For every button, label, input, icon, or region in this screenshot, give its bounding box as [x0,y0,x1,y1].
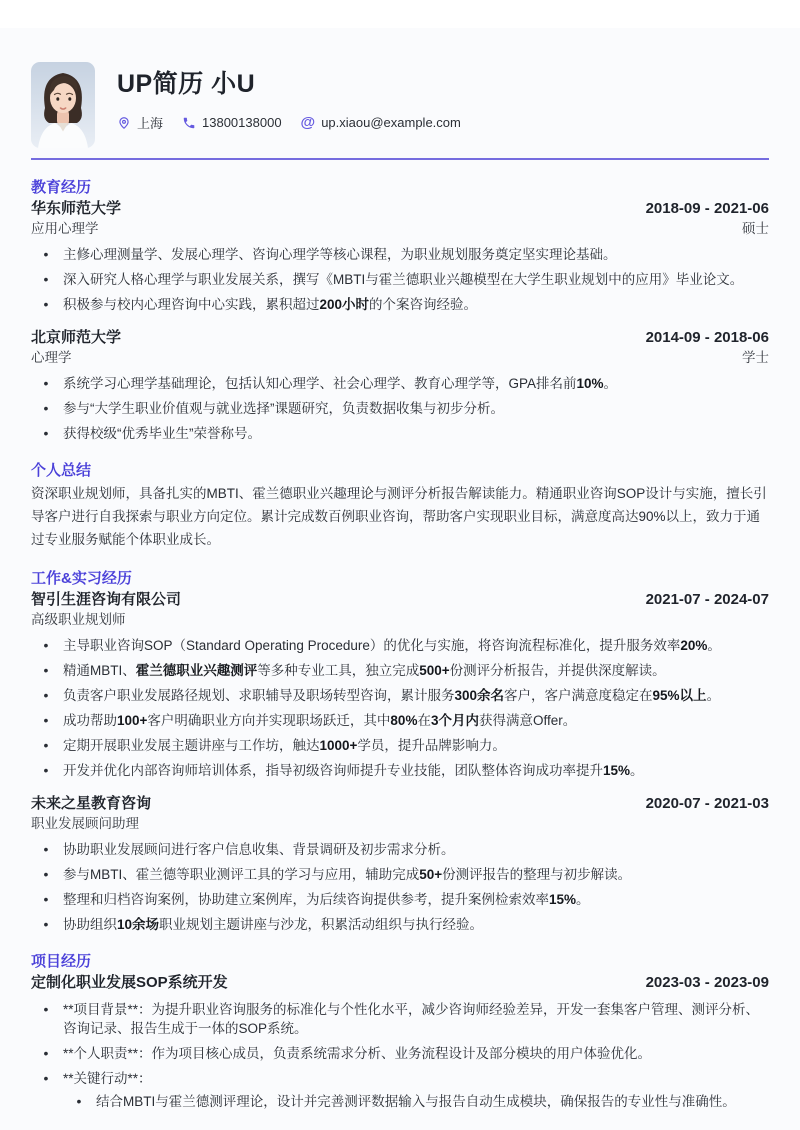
resume-page: UP简历 小U 上海 13800138000 @ up.xiaou@exam [0,28,800,1130]
school-name: 北京师范大学 [31,328,121,348]
entry-header: 华东师范大学 2018-09 - 2021-06 [31,199,769,219]
company-name: 智引生涯咨询有限公司 [31,590,181,610]
work-entry: 未来之星教育咨询 2020-07 - 2021-03 职业发展顾问助理 •协助职… [31,794,769,934]
bullet-text: 深入研究人格心理学与职业发展关系，撰写《MBTI与霍兰德职业兴趣模型在大学生职业… [63,270,769,289]
bullet-item: •负责客户职业发展路径规划、求职辅导及职场转型咨询，累计服务300余名客户，客户… [31,686,769,705]
bullet-marker: • [41,661,51,680]
date-range: 2014-09 - 2018-06 [646,328,769,348]
contact-phone-text: 13800138000 [202,115,282,130]
contact-row: 上海 13800138000 @ up.xiaou@example.com [117,113,461,132]
bullet-list: •主修心理测量学、发展心理学、咨询心理学等核心课程，为职业规划服务奠定坚实理论基… [31,245,769,314]
education-entry: 北京师范大学 2014-09 - 2018-06 心理学 学士 •系统学习心理学… [31,328,769,443]
bullet-text: 系统学习心理学基础理论，包括认知心理学、社会心理学、教育心理学等，GPA排名前1… [63,374,769,393]
candidate-name: UP简历 小U [117,69,461,100]
bullet-marker: • [41,761,51,780]
bullet-text: 参与MBTI、霍兰德等职业测评工具的学习与应用，辅助完成50+份测评报告的整理与… [63,865,769,884]
bullet-text: 参与“大学生职业价值观与就业选择”课题研究，负责数据收集与初步分析。 [63,399,769,418]
bullet-marker: • [41,865,51,884]
date-range: 2021-07 - 2024-07 [646,590,769,610]
contact-phone: 13800138000 [182,115,282,130]
bullet-marker: • [41,636,51,655]
entry-header: 定制化职业发展SOP系统开发 2023-03 - 2023-09 [31,973,769,993]
date-range: 2020-07 - 2021-03 [646,794,769,814]
bullet-item: •**个人职责**：作为项目核心成员，负责系统需求分析、业务流程设计及部分模块的… [31,1044,769,1063]
bullet-item: •协助组织10余场职业规划主题讲座与沙龙，积累活动组织与执行经验。 [31,915,769,934]
header-divider [31,158,769,160]
bullet-text: 开发并优化内部咨询师培训体系，指导初级咨询师提升专业技能，团队整体咨询成功率提升… [63,761,769,780]
bullet-item: •**关键行动**： [31,1069,769,1088]
section-title-projects: 项目经历 [31,952,769,971]
bullet-text: **关键行动**： [63,1069,769,1088]
entry-header: 未来之星教育咨询 2020-07 - 2021-03 [31,794,769,814]
bullet-list: •**项目背景**：为提升职业咨询服务的标准化与个性化水平，减少咨询师经验差异，… [31,1000,769,1088]
bullet-text: **个人职责**：作为项目核心成员，负责系统需求分析、业务流程设计及部分模块的用… [63,1044,769,1063]
bullet-marker: • [41,295,51,314]
section-projects: 项目经历 定制化职业发展SOP系统开发 2023-03 - 2023-09 •*… [31,952,769,1111]
contact-location-text: 上海 [137,113,163,132]
entry-subheader: 高级职业规划师 [31,610,769,629]
section-title-education: 教育经历 [31,178,769,197]
resume-header: UP简历 小U 上海 13800138000 @ up.xiaou@exam [31,62,769,148]
bullet-text: **项目背景**：为提升职业咨询服务的标准化与个性化水平，减少咨询师经验差异，开… [63,1000,769,1038]
entry-subheader: 应用心理学 硕士 [31,219,769,238]
bullet-item: •主修心理测量学、发展心理学、咨询心理学等核心课程，为职业规划服务奠定坚实理论基… [31,245,769,264]
bullet-item: •协助职业发展顾问进行客户信息收集、背景调研及初步需求分析。 [31,840,769,859]
bullet-text: 定期开展职业发展主题讲座与工作坊，触达1000+学员，提升品牌影响力。 [63,736,769,755]
bullet-item: •积极参与校内心理咨询中心实践，累积超过200小时的个案咨询经验。 [31,295,769,314]
bullet-marker: • [41,1000,51,1038]
bullet-marker: • [41,245,51,264]
bullet-item: •主导职业咨询SOP（Standard Operating Procedure）… [31,636,769,655]
bullet-item: •精通MBTI、霍兰德职业兴趣测评等多种专业工具，独立完成500+份测评分析报告… [31,661,769,680]
major: 心理学 [31,348,72,367]
bullet-marker: • [41,1069,51,1088]
bullet-marker: • [41,840,51,859]
job-title: 职业发展顾问助理 [31,814,139,833]
project-entry: 定制化职业发展SOP系统开发 2023-03 - 2023-09 •**项目背景… [31,973,769,1111]
major: 应用心理学 [31,219,99,238]
bullet-text: 获得校级“优秀毕业生”荣誉称号。 [63,424,769,443]
bullet-marker: • [41,890,51,909]
bullet-item: •**项目背景**：为提升职业咨询服务的标准化与个性化水平，减少咨询师经验差异，… [31,1000,769,1038]
phone-icon [182,116,196,130]
sub-bullet-list: •结合MBTI与霍兰德测评理论，设计并完善测评数据输入与报告自动生成模块，确保报… [31,1092,769,1111]
date-range: 2018-09 - 2021-06 [646,199,769,219]
contact-email: @ up.xiaou@example.com [301,115,461,130]
bullet-list: •主导职业咨询SOP（Standard Operating Procedure）… [31,636,769,780]
bullet-item: •参与MBTI、霍兰德等职业测评工具的学习与应用，辅助完成50+份测评报告的整理… [31,865,769,884]
bullet-text: 精通MBTI、霍兰德职业兴趣测评等多种专业工具，独立完成500+份测评分析报告，… [63,661,769,680]
bullet-item: •开发并优化内部咨询师培训体系，指导初级咨询师提升专业技能，团队整体咨询成功率提… [31,761,769,780]
job-title: 高级职业规划师 [31,610,126,629]
bullet-list: •协助职业发展顾问进行客户信息收集、背景调研及初步需求分析。•参与MBTI、霍兰… [31,840,769,934]
bullet-marker: • [41,736,51,755]
bullet-text: 协助组织10余场职业规划主题讲座与沙龙，积累活动组织与执行经验。 [63,915,769,934]
section-work: 工作&实习经历 智引生涯咨询有限公司 2021-07 - 2024-07 高级职… [31,569,769,934]
degree: 硕士 [742,219,769,238]
bullet-text: 积极参与校内心理咨询中心实践，累积超过200小时的个案咨询经验。 [63,295,769,314]
bullet-text: 主导职业咨询SOP（Standard Operating Procedure）的… [63,636,769,655]
bullet-text: 结合MBTI与霍兰德测评理论，设计并完善测评数据输入与报告自动生成模块，确保报告… [96,1092,769,1111]
bullet-item: •参与“大学生职业价值观与就业选择”课题研究，负责数据收集与初步分析。 [31,399,769,418]
bullet-item: •获得校级“优秀毕业生”荣誉称号。 [31,424,769,443]
section-education: 教育经历 华东师范大学 2018-09 - 2021-06 应用心理学 硕士 •… [31,178,769,443]
bullet-item: •成功帮助100+客户明确职业方向并实现职场跃迁，其中80%在3个月内获得满意O… [31,711,769,730]
bullet-text: 成功帮助100+客户明确职业方向并实现职场跃迁，其中80%在3个月内获得满意Of… [63,711,769,730]
bullet-marker: • [41,374,51,393]
section-title-summary: 个人总结 [31,461,769,480]
location-icon [117,116,131,130]
bullet-item: •系统学习心理学基础理论，包括认知心理学、社会心理学、教育心理学等，GPA排名前… [31,374,769,393]
bullet-list: •系统学习心理学基础理论，包括认知心理学、社会心理学、教育心理学等，GPA排名前… [31,374,769,443]
at-icon: @ [301,116,316,130]
bullet-text: 协助职业发展顾问进行客户信息收集、背景调研及初步需求分析。 [63,840,769,859]
bullet-marker: • [41,711,51,730]
bullet-item: •定期开展职业发展主题讲座与工作坊，触达1000+学员，提升品牌影响力。 [31,736,769,755]
bullet-item: •结合MBTI与霍兰德测评理论，设计并完善测评数据输入与报告自动生成模块，确保报… [64,1092,769,1111]
bullet-item: •整理和归档咨询案例，协助建立案例库，为后续咨询提供参考，提升案例检索效率15%… [31,890,769,909]
entry-subheader: 职业发展顾问助理 [31,814,769,833]
contact-email-text: up.xiaou@example.com [321,115,461,130]
degree: 学士 [742,348,769,367]
profile-photo [31,62,95,148]
section-title-work: 工作&实习经历 [31,569,769,588]
profile-photo-illustration [31,62,95,148]
bullet-marker: • [41,270,51,289]
project-name: 定制化职业发展SOP系统开发 [31,973,228,993]
bullet-item: •深入研究人格心理学与职业发展关系，撰写《MBTI与霍兰德职业兴趣模型在大学生职… [31,270,769,289]
bullet-text: 整理和归档咨询案例，协助建立案例库，为后续咨询提供参考，提升案例检索效率15%。 [63,890,769,909]
summary-text: 资深职业规划师，具备扎实的MBTI、霍兰德职业兴趣理论与测评分析报告解读能力。精… [31,482,769,551]
bullet-text: 主修心理测量学、发展心理学、咨询心理学等核心课程，为职业规划服务奠定坚实理论基础… [63,245,769,264]
education-entry: 华东师范大学 2018-09 - 2021-06 应用心理学 硕士 •主修心理测… [31,199,769,314]
bullet-marker: • [41,424,51,443]
date-range: 2023-03 - 2023-09 [646,973,769,993]
section-summary: 个人总结 资深职业规划师，具备扎实的MBTI、霍兰德职业兴趣理论与测评分析报告解… [31,461,769,551]
entry-header: 智引生涯咨询有限公司 2021-07 - 2024-07 [31,590,769,610]
bullet-marker: • [41,1044,51,1063]
bullet-marker: • [41,915,51,934]
bullet-marker: • [41,686,51,705]
company-name: 未来之星教育咨询 [31,794,151,814]
bullet-marker: • [74,1092,84,1111]
entry-header: 北京师范大学 2014-09 - 2018-06 [31,328,769,348]
bullet-marker: • [41,399,51,418]
header-info: UP简历 小U 上海 13800138000 @ up.xiaou@exam [117,62,461,132]
entry-subheader: 心理学 学士 [31,348,769,367]
work-entry: 智引生涯咨询有限公司 2021-07 - 2024-07 高级职业规划师 •主导… [31,590,769,780]
school-name: 华东师范大学 [31,199,121,219]
contact-location: 上海 [117,113,163,132]
bullet-text: 负责客户职业发展路径规划、求职辅导及职场转型咨询，累计服务300余名客户，客户满… [63,686,769,705]
